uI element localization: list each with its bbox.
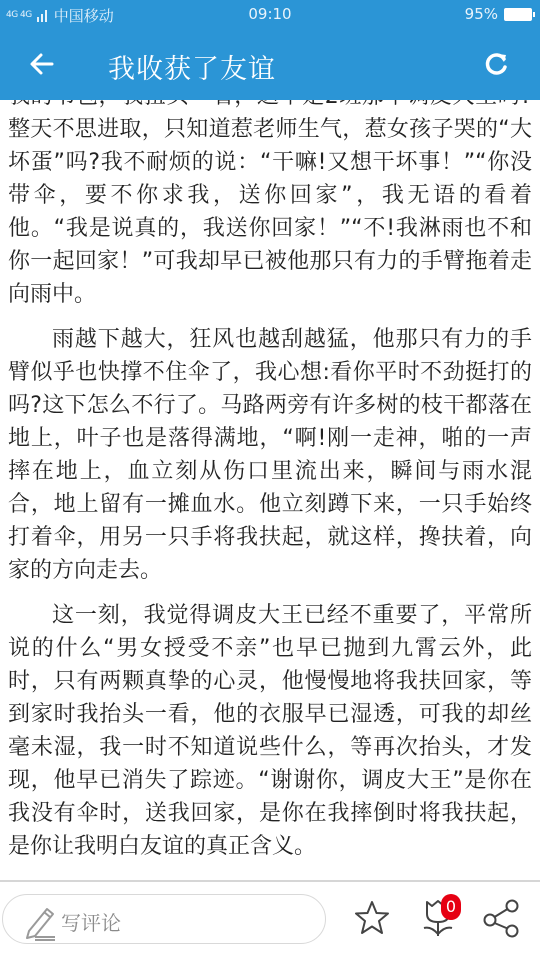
article-paragraph: 这一刻，我觉得调皮大王已经不重要了，平常所说的什么“男女授受不亲”也早已抛到九霄… [8, 599, 532, 863]
battery-icon [504, 8, 532, 21]
page-title: 我收获了友谊 [108, 47, 276, 86]
article-content[interactable]: 我的书包，我扭头一看，这不是2班那个调皮大王吗?整天不思进取，只知道惹老师生气，… [0, 100, 540, 880]
flower-count-badge: 0 [441, 894, 461, 920]
article-paragraph: 我的书包，我扭头一看，这不是2班那个调皮大王吗?整天不思进取，只知道惹老师生气，… [8, 100, 532, 311]
share-button[interactable] [482, 898, 522, 938]
pencil-icon [21, 901, 61, 941]
refresh-button[interactable] [480, 48, 512, 80]
app-header: 4G 4G 中国移动 09:10 95% 我收获了友谊 [0, 0, 540, 100]
battery-percent: 95% [465, 5, 498, 23]
article-paragraph: 雨越下越大，狂风也越刮越猛，他那只有力的手臂似乎也快撑不住伞了，我心想:看你平时… [8, 323, 532, 587]
back-button[interactable] [26, 48, 58, 80]
status-right: 95% [465, 5, 532, 23]
article-body: 我的书包，我扭头一看，这不是2班那个调皮大王吗?整天不思进取，只知道惹老师生气，… [0, 100, 540, 875]
favorite-button[interactable] [352, 898, 392, 938]
title-bar: 我收获了友谊 [0, 28, 540, 100]
share-icon [482, 898, 522, 938]
status-bar: 4G 4G 中国移动 09:10 95% [0, 0, 540, 28]
refresh-icon [482, 50, 510, 78]
flower-button[interactable]: 0 [418, 898, 458, 938]
comment-placeholder: 写评论 [61, 907, 121, 936]
bottom-action-bar: 写评论 0 [0, 882, 540, 960]
star-icon [353, 899, 391, 937]
comment-input[interactable]: 写评论 [2, 894, 326, 944]
arrow-left-icon [28, 50, 56, 78]
status-time: 09:10 [0, 5, 540, 23]
